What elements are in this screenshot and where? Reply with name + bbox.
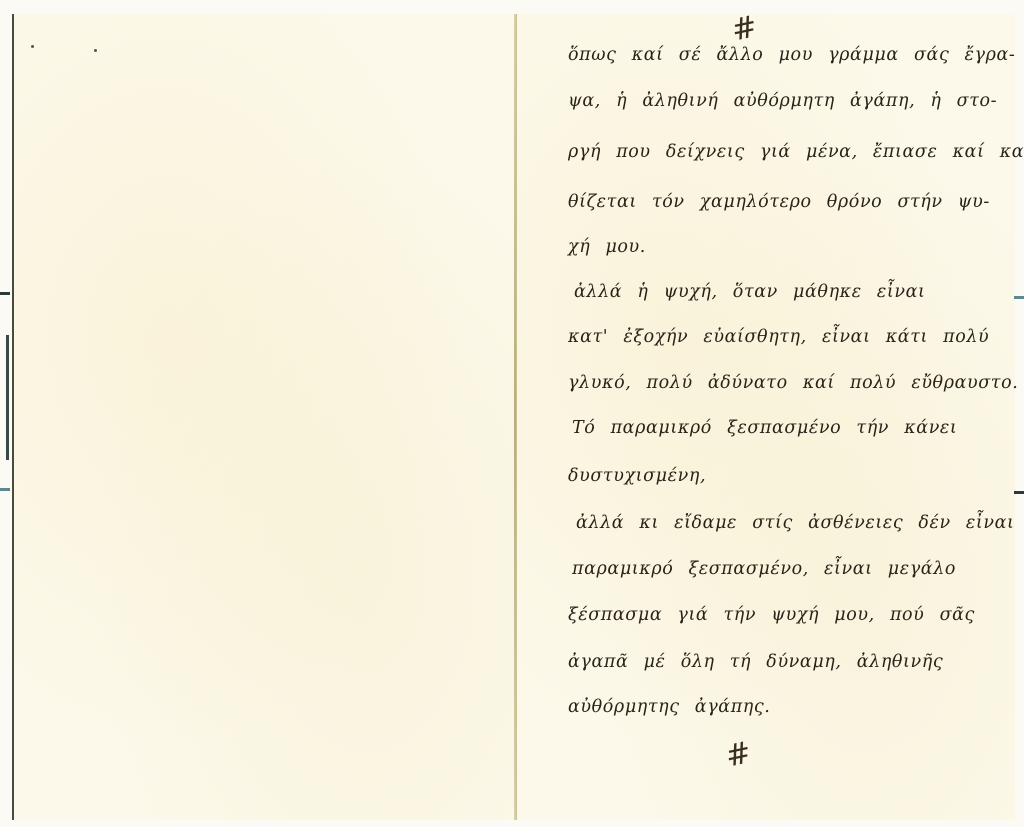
letter-line: γλυκό, πολύ ἀδύνατο καί πολύ εὔθραυστο. [568,373,1018,393]
letter-line: θίζεται τόν χαμηλότερο θρόνο στήν ψυ- [568,192,990,212]
letter-line: χή μου. [568,237,646,257]
scanned-document: # ὅπως καί σέ ἄλλο μου γράμμα σάς ἔγρα- … [0,0,1024,827]
paper-speck [94,49,97,52]
paper-speck [31,45,34,48]
letter-line: ψα, ἡ ἀληθινή αὐθόρμητη ἀγάπη, ἡ στο- [568,91,997,111]
left-page-blank [12,14,516,820]
letter-line: ξέσπασμα γιά τήν ψυχή μου, πού σᾶς [568,605,975,625]
left-edge-mark [0,292,10,295]
letter-line: κατ' ἐξοχήν εὐαίσθητη, εἶναι κάτι πολύ [568,327,989,347]
left-edge-mark [0,488,10,491]
letter-line: δυστυχισμένη, [568,466,706,486]
letter-line: ἀγαπᾶ μέ ὅλη τή δύναμη, ἀληθινῆς [568,652,943,672]
letter-line: ὅπως καί σέ ἄλλο μου γράμμα σάς ἔγρα- [568,45,1015,65]
letter-line: Τό παραμικρό ξεσπασμένο τήν κάνει [572,418,957,438]
page-fold-line [514,14,516,820]
letter-line: παραμικρό ξεσπασμένο, εἶναι μεγάλο [572,559,956,579]
letter-line: αὐθόρμητης ἀγάπης. [568,697,770,717]
right-edge-mark [1014,491,1024,494]
letter-line: ἀλλά κι εἴδαμε στίς ἀσθένειες δέν εἶναι [576,513,1015,533]
right-edge-mark [1014,296,1024,299]
letter-line: ἀλλά ἡ ψυχή, ὅταν μάθηκε εἶναι [574,282,925,302]
left-edge-bar [6,335,9,460]
letter-line: ργή που δείχνεις γιά μένα, ἔπιασε καί κα… [568,142,1024,162]
